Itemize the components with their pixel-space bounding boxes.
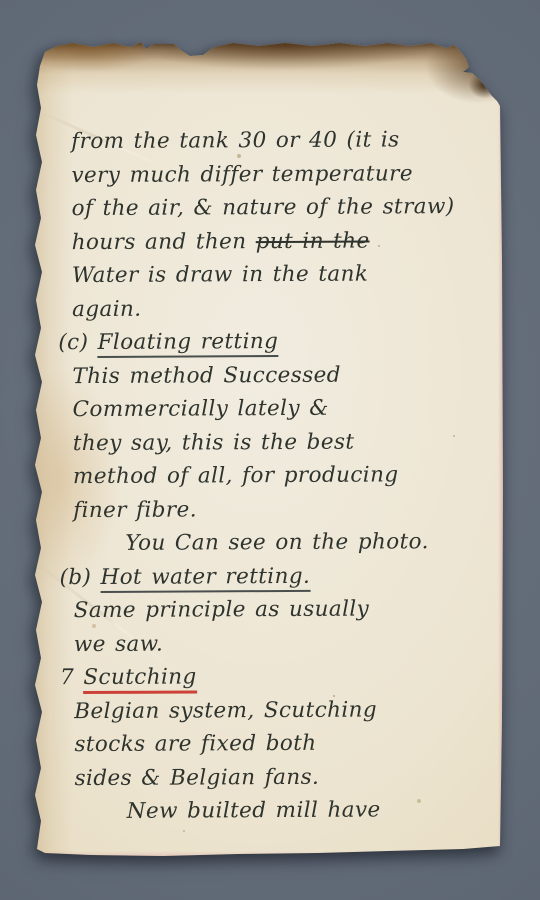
underlined-heading: Floating retting [97, 329, 278, 358]
line-text: hours and then [72, 229, 256, 255]
line-text: You Can see on the photo. [125, 529, 429, 556]
heading-hot-water-retting: (b) Hot water retting. [59, 558, 493, 594]
heading-label: (c) [58, 330, 97, 355]
handwritten-line: You Can see on the photo. [73, 525, 493, 561]
handwritten-line: Belgian system, Scutching [74, 692, 494, 728]
foxing-specks [33, 40, 35, 42]
line-text: they say, this is the best [73, 429, 355, 455]
struck-out-words: put in the [256, 228, 370, 254]
line-text: New builted mill have [127, 797, 381, 823]
line-text: Same principle as usually [74, 597, 370, 624]
manuscript-page: from the tank 30 or 40 (it is very much … [33, 40, 504, 858]
red-underlined-heading: Scutching [83, 664, 196, 694]
line-text: This method Successed [72, 362, 341, 388]
handwritten-line: sides & Belgian fans. [74, 759, 494, 795]
handwritten-line: hours and then put in the [72, 223, 492, 259]
handwritten-line: method of all, for producing [73, 458, 493, 494]
handwritten-line: This method Successed [72, 357, 492, 393]
line-text: Belgian system, Scutching [74, 697, 377, 724]
line-text: from the tank 30 or 40 (it is [71, 127, 399, 154]
handwritten-line: stocks are fixed both [74, 726, 494, 762]
line-text: sides & Belgian fans. [75, 764, 320, 790]
heading-label: 7 [60, 665, 83, 690]
handwritten-line: of the air, & nature of the straw) [72, 190, 492, 226]
handwritten-line: very much differ temperature [71, 156, 491, 192]
heading-scutching: 7 Scutching [60, 659, 494, 695]
paper-shadow: from the tank 30 or 40 (it is very much … [0, 0, 540, 900]
underlined-heading: Hot water retting. [100, 563, 310, 592]
handwritten-line: Same principle as usually [74, 592, 494, 628]
line-text: we saw. [74, 631, 163, 656]
heading-floating-retting: (c) Floating retting [58, 324, 492, 360]
handwritten-line: from the tank 30 or 40 (it is [71, 123, 491, 159]
line-text: Water is draw in the tank [72, 262, 368, 289]
handwritten-line: we saw. [74, 625, 494, 661]
handwritten-line: Water is draw in the tank [72, 257, 492, 293]
handwritten-line: again. [72, 290, 492, 326]
handwritten-line: New builted mill have [75, 793, 495, 829]
line-text: Commercially lately & [73, 396, 329, 422]
handwritten-line: finer fibre. [73, 491, 493, 527]
line-text: method of all, for producing [73, 462, 399, 489]
line-text: again. [72, 296, 141, 321]
line-text: very much differ temperature [71, 161, 413, 188]
heading-label: (b) [59, 564, 100, 589]
photo-background: from the tank 30 or 40 (it is very much … [0, 0, 540, 900]
handwritten-line: they say, this is the best [73, 424, 493, 460]
handwritten-text: from the tank 30 or 40 (it is very much … [71, 123, 495, 829]
line-text: of the air, & nature of the straw) [72, 194, 455, 221]
line-text: finer fibre. [73, 497, 197, 523]
line-text: stocks are fixed both [74, 731, 316, 757]
handwritten-line: Commercially lately & [73, 391, 493, 427]
